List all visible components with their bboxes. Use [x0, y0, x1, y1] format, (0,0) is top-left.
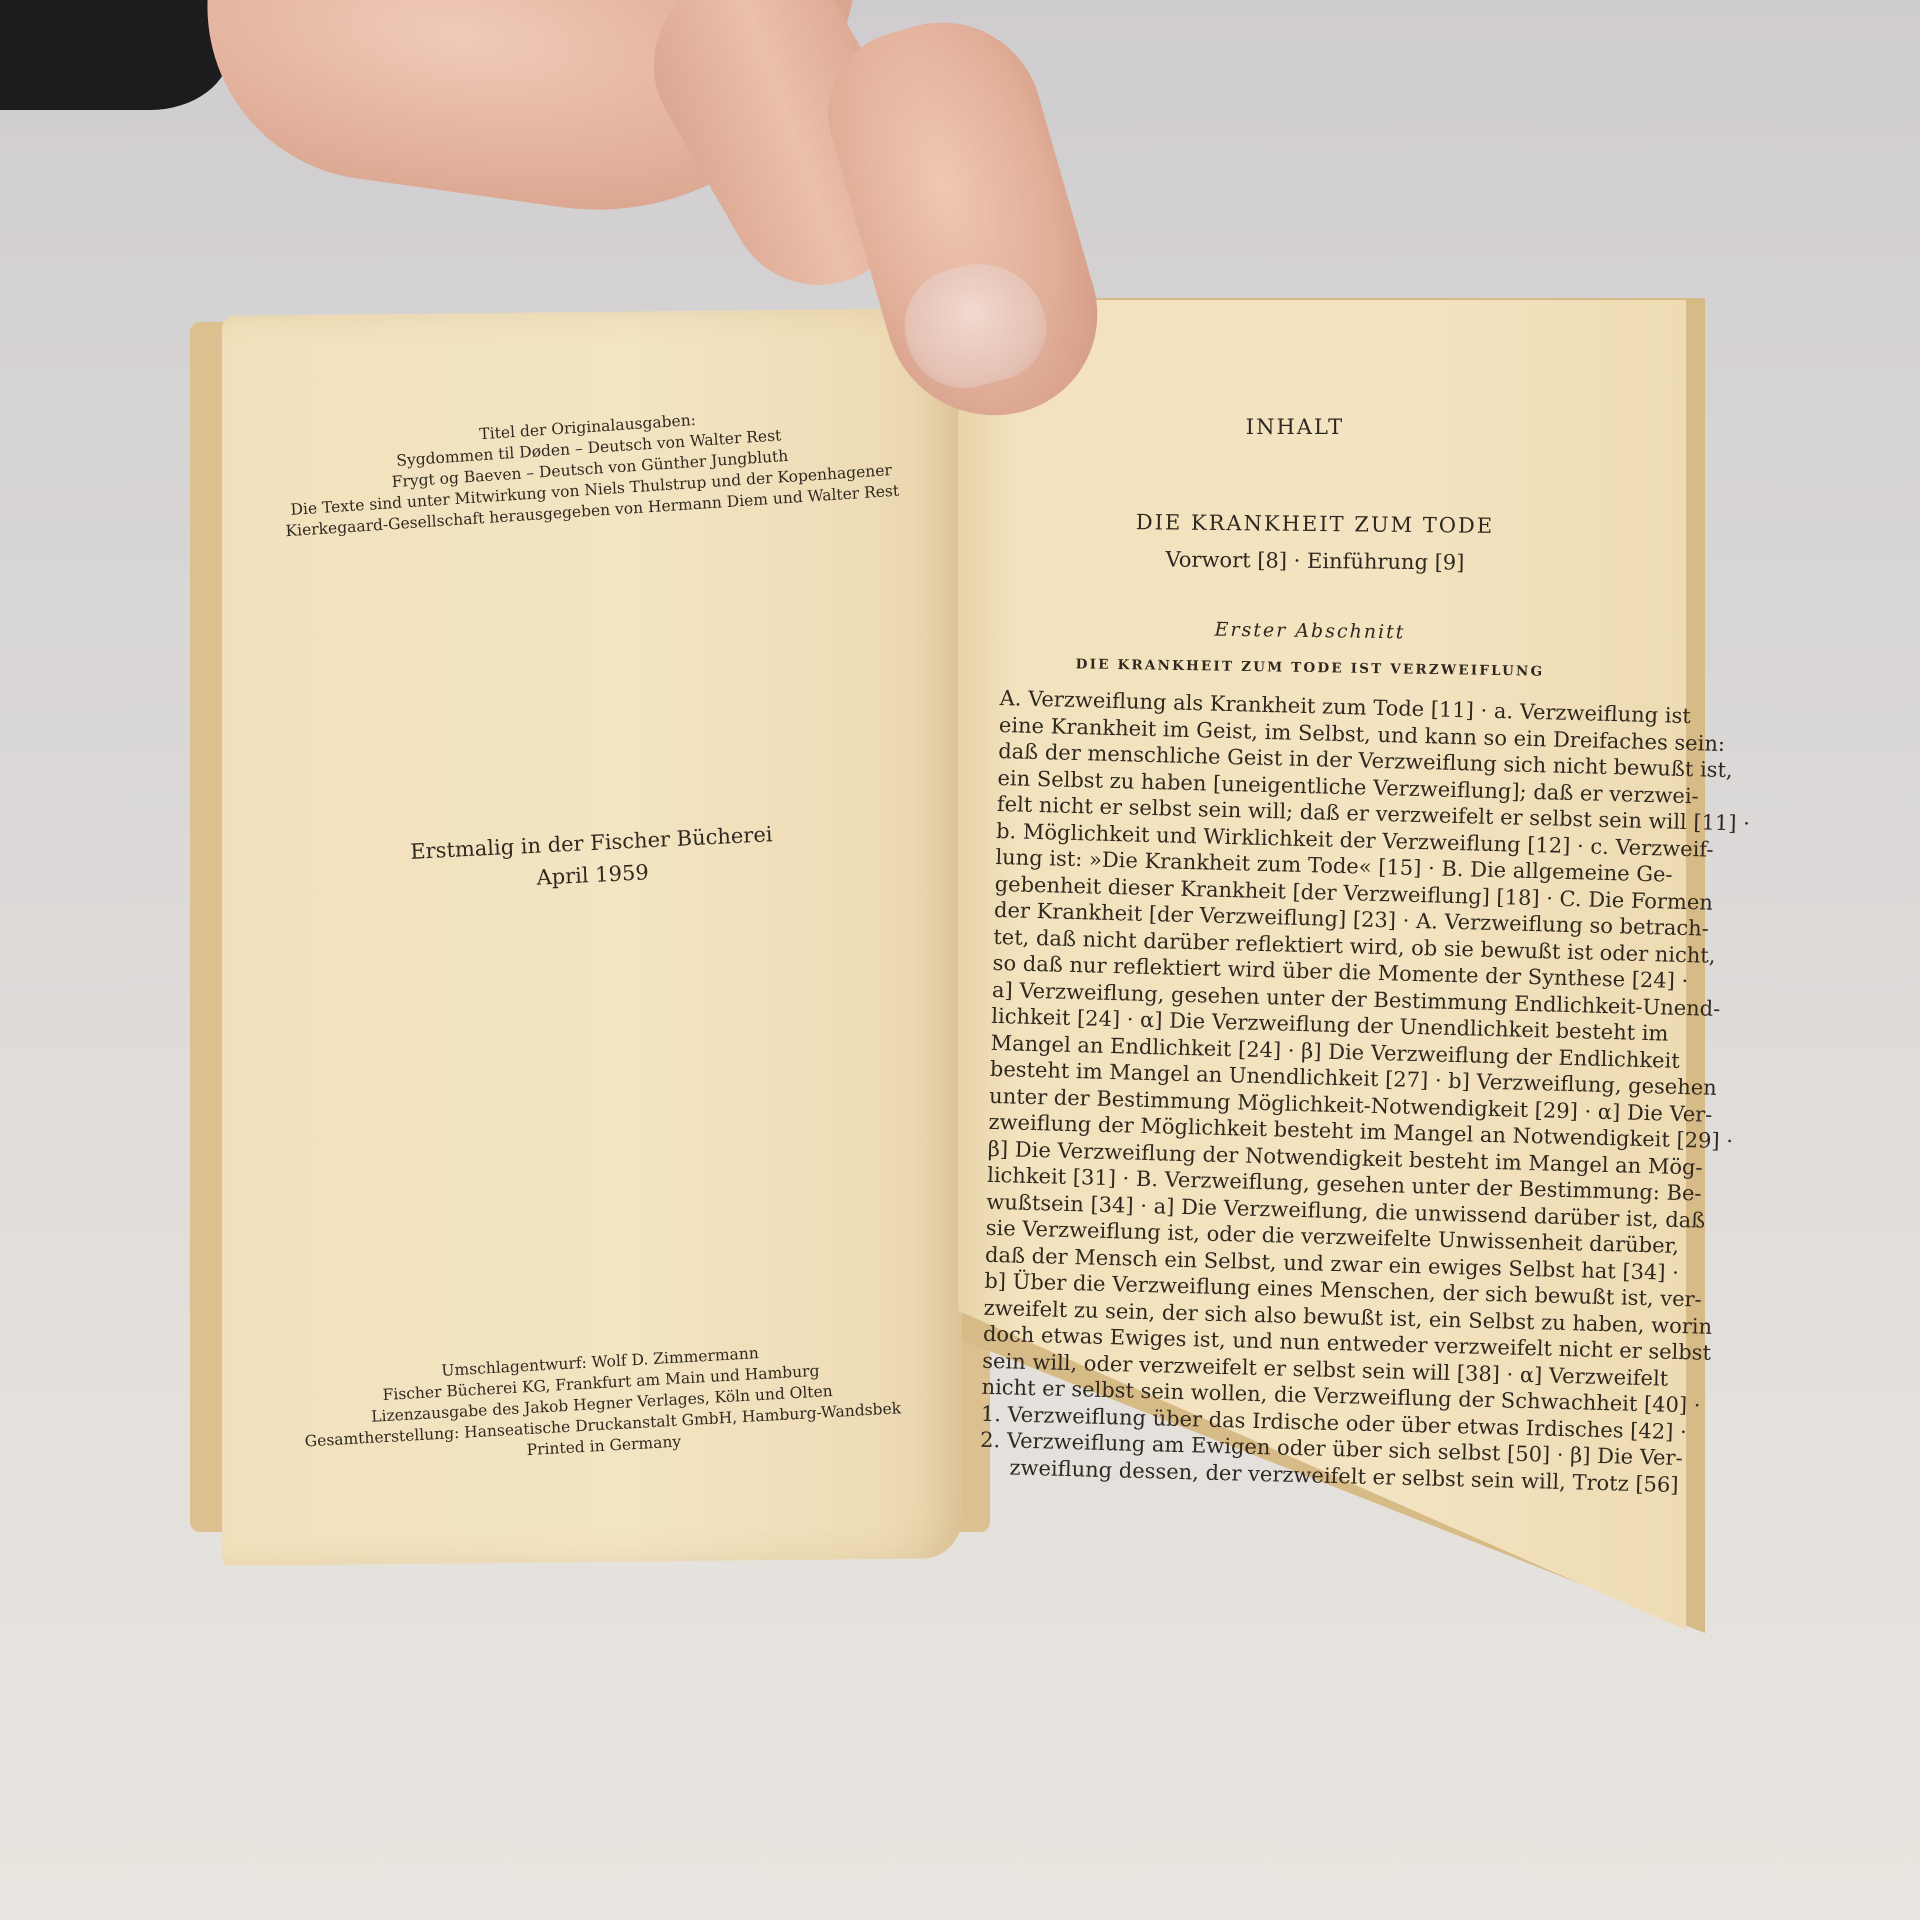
edition-block: Erstmalig in der Fischer Bücherei April …: [371, 816, 813, 901]
imprint-block: Umschlagentwurf: Wolf D. Zimmermann Fisc…: [280, 1334, 924, 1475]
left-page-imprint: Titel der Originalausgaben: Sygdommen ti…: [222, 308, 962, 1566]
toc-entries: A. Verzweiflung als Krankheit zum Tode […: [979, 685, 1640, 1496]
contents-header: INHALT: [995, 415, 1595, 439]
sleeve: [0, 0, 230, 110]
original-titles-block: Titel der Originalausgaben: Sygdommen ti…: [258, 395, 923, 544]
front-matter: Vorwort [8] · Einführung [9]: [995, 542, 1635, 581]
